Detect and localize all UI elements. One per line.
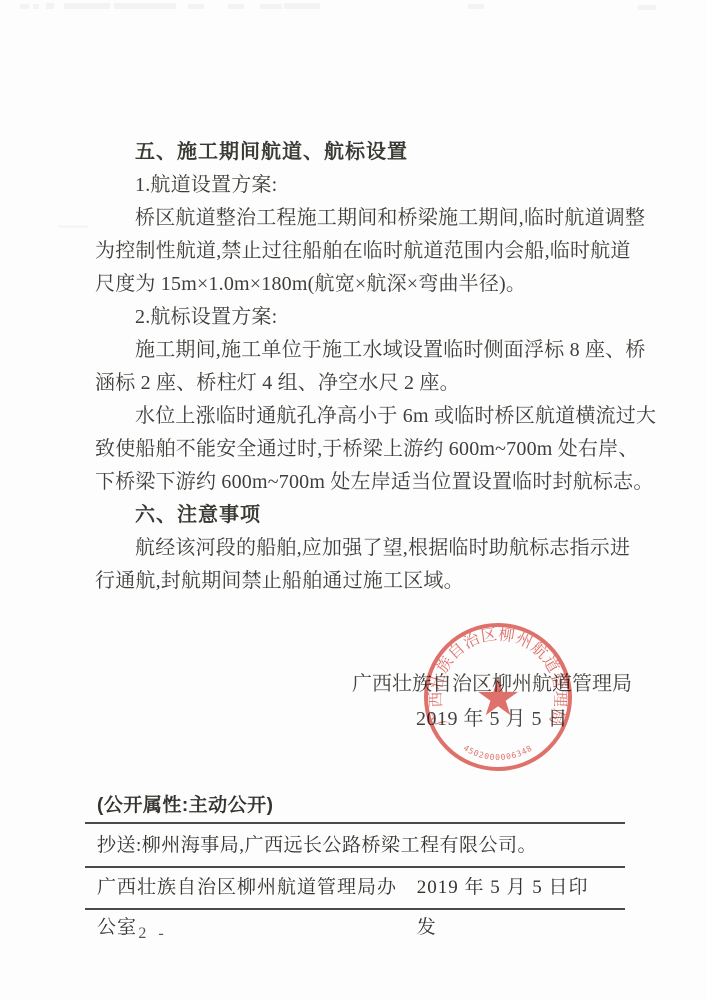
issuer-row: 广西壮族自治区柳州航道管理局办公室 2019 年 5 月 5 日印发 [85,868,625,910]
section-heading-6: 六、注意事项 [95,499,622,532]
disclosure-row: (公开属性:主动公开) [85,791,625,824]
scanned-document-page: 五、施工期间航道、航标设置 1.航道设置方案: 桥区航道整治工程施工期间和桥梁施… [0,0,707,1000]
scan-artifact [114,3,176,9]
body-line: 行通航,封航期间禁止船舶通过施工区域。 [95,565,622,598]
official-seal: 广西壮族自治区柳州航道管理局 ★ 4502000006348 [419,618,577,776]
body-line: 致使船舶不能安全通过时,于桥梁上游约 600m~700m 处右岸、 [95,433,622,466]
scan-artifact [284,3,320,9]
scan-artifact [638,5,656,10]
body-line: 施工期间,施工单位于施工水域设置临时侧面浮标 8 座、桥 [95,334,622,367]
scan-artifact [58,225,88,228]
scan-artifact [46,3,54,9]
body-line: 水位上涨临时通航孔净高小于 6m 或临时桥区航道横流过大 [95,400,622,433]
seal-serial-number: 4502000006348 [462,743,534,762]
disclosure-attribute: (公开属性:主动公开) [97,795,273,816]
list-label: 1.航道设置方案: [95,169,622,202]
body-line: 下桥梁下游约 600m~700m 处左岸适当位置设置临时封航标志。 [95,466,622,499]
scan-artifact [64,3,110,9]
scan-artifact [260,4,282,9]
body-line: 为控制性航道,禁止过往船舶在临时航道范围内会船,临时航道 [95,235,622,268]
document-body: 五、施工期间航道、航标设置 1.航道设置方案: 桥区航道整治工程施工期间和桥梁施… [95,136,622,598]
svg-text:4502000006348: 4502000006348 [462,743,534,762]
body-line: 尺度为 15m×1.0m×180m(航宽×航深×弯曲半径)。 [95,268,622,301]
list-label: 2.航标设置方案: [95,301,622,334]
scan-artifact [188,4,204,9]
scan-artifact [20,4,29,9]
issuing-office: 广西壮族自治区柳州航道管理局办公室 [97,868,417,908]
section-heading-5: 五、施工期间航道、航标设置 [95,136,622,169]
body-line: 航经该河段的船舶,应加强了望,根据临时助航标志指示进 [95,532,622,565]
cc-row: 抄送:柳州海事局,广西远长公路桥梁工程有限公司。 [85,824,625,868]
scan-artifact [228,4,244,9]
scan-artifact [33,4,39,9]
print-date: 2019 年 5 月 5 日印发 [417,868,625,908]
cc-recipients: 抄送:柳州海事局,广西远长公路桥梁工程有限公司。 [97,835,537,856]
body-line: 涵标 2 座、桥柱灯 4 组、净空水尺 2 座。 [95,367,622,400]
seal-star-icon: ★ [475,670,522,727]
document-footer: (公开属性:主动公开) 抄送:柳州海事局,广西远长公路桥梁工程有限公司。 广西壮… [85,791,625,910]
body-line: 桥区航道整治工程施工期间和桥梁施工期间,临时航道调整 [95,202,622,235]
page-number: - 2 - [121,925,168,943]
scan-artifact [468,4,484,9]
